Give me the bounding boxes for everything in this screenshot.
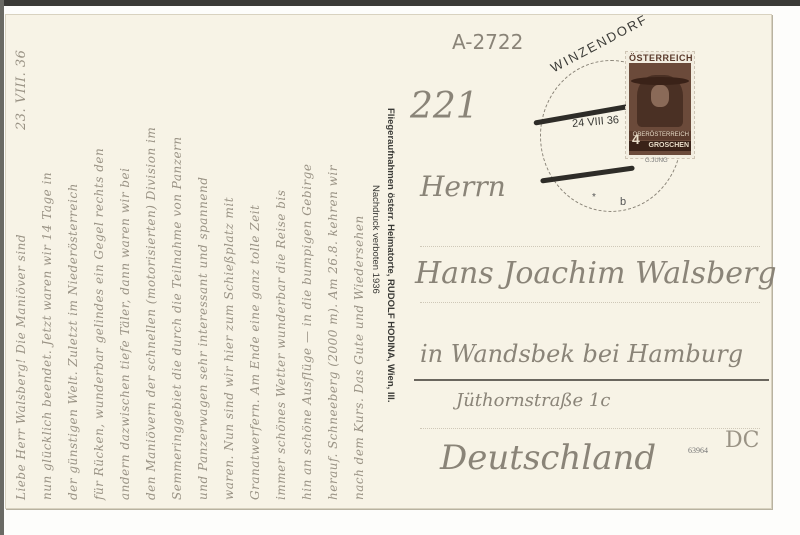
message-date: 23. VIII. 36 [14, 50, 29, 130]
corner-mark: DC [725, 428, 759, 453]
stamp-denomination-value: 4 [632, 131, 640, 147]
address-street: Jüthornstraße 1c [456, 390, 610, 411]
message-line: und Panzerwagen sehr interessant und spa… [196, 177, 210, 500]
address-salutation: Herrn [420, 170, 506, 203]
message-line: andern dazwischen tiefe Täler, dann ware… [118, 168, 132, 501]
message-line: hin an schöne Ausflüge — in die bumpigen… [300, 164, 314, 500]
message-line: nun glücklich beendet. Jetzt waren wir 1… [40, 172, 54, 500]
stamp-hat-icon [631, 77, 689, 85]
address-country: Deutschland [440, 438, 656, 478]
message-line: immer schönes Wetter wunderbar die Reise… [274, 190, 288, 500]
printed-imprint-line2: Nachdruck verboten 1936 [370, 185, 381, 294]
penciled-number: 221 [410, 86, 479, 127]
postmark-star-icon: * [592, 192, 596, 203]
address-underline [414, 379, 769, 381]
message-line: Liebe Herr Walsberg! Die Maniöver sind [14, 234, 28, 500]
address-line-3 [420, 428, 760, 429]
address-line-1 [420, 246, 760, 247]
printed-imprint-line1: Fliegeraufnahmen österr. Heimatorte, RUD… [385, 108, 396, 402]
message-line: Granatwerfern. Am Ende eine ganz tolle Z… [248, 205, 262, 500]
serial-number: 63964 [688, 446, 708, 455]
address-city: in Wandsbek bei Hamburg [420, 340, 743, 368]
stamp-country: ÖSTERREICH [629, 53, 691, 63]
address-line-2 [420, 302, 760, 303]
message-line: Semmeringgebiet die durch die Teilnahme … [170, 136, 184, 500]
stamp-designer: G.JUNG [645, 158, 668, 164]
message-line: der günstigen Welt. Zuletzt im Niederöst… [66, 183, 80, 500]
message-line: herauf. Schneeberg (2000 m). Am 26.8. ke… [326, 165, 340, 500]
stamp-face-icon [651, 85, 669, 107]
postmark-letter: b [620, 196, 626, 208]
message-line: für Rücken, wunderbar gelindes ein Gegel… [92, 148, 106, 500]
scan-top-border [0, 0, 800, 6]
scan-left-border [0, 0, 4, 535]
address-name: Hans Joachim Walsberg [415, 256, 777, 291]
message-line: nach dem Kurs. Das Gute und Wiedersehen [352, 215, 366, 500]
catalog-number: A-2722 [452, 30, 523, 54]
message-line: waren. Nun sind wir hier zum Schießplatz… [222, 197, 236, 500]
postage-stamp: ÖSTERREICH OBERÖSTERREICH GROSCHEN 4 [626, 52, 694, 158]
message-line: den Maniövern der schnellen (motorisiert… [144, 127, 158, 500]
